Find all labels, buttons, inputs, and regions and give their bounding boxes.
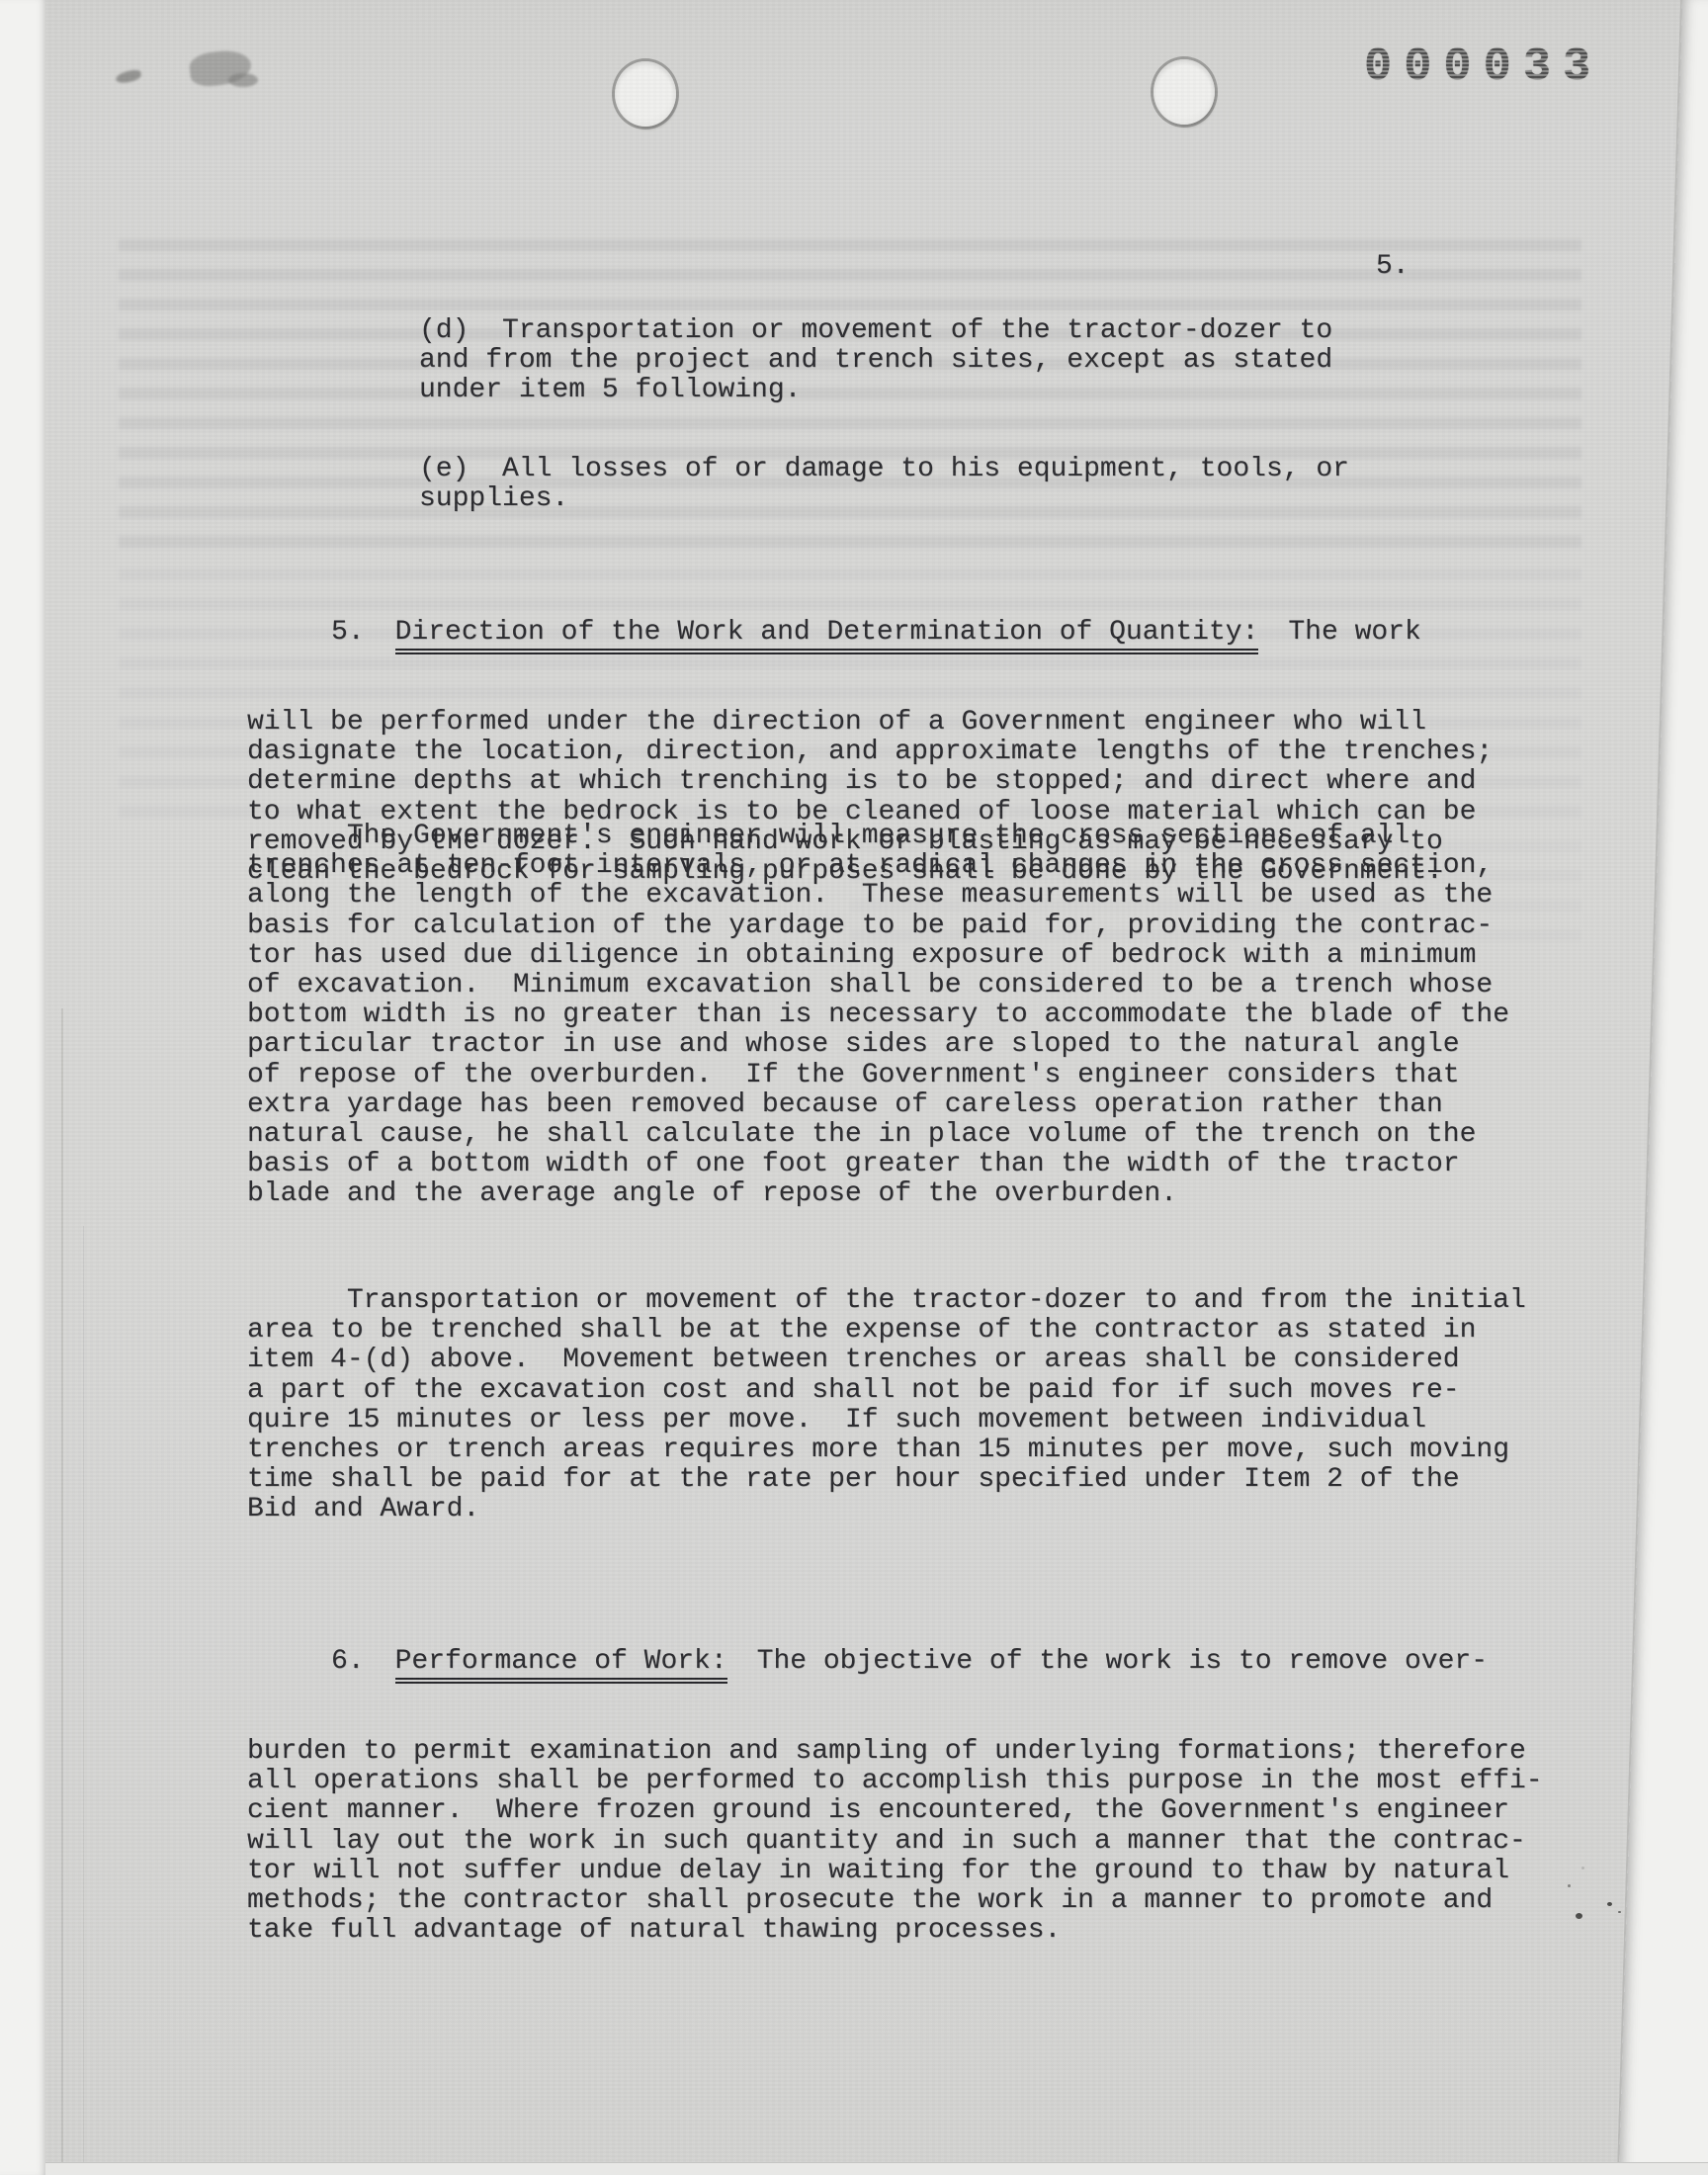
item-e-text: (e) All losses of or damage to his equip… (419, 455, 1349, 514)
scan-left-margin (0, 0, 47, 2175)
ink-smudge (228, 73, 258, 87)
paper-crease (83, 1226, 84, 2175)
scan-bottom-edge (45, 2162, 1708, 2175)
section-5-title: Direction of the Work and Determination … (395, 617, 1259, 654)
punch-hole-right (1153, 59, 1215, 125)
page-number: 5. (1376, 252, 1409, 282)
section-5-title-tail: The work (1288, 617, 1420, 648)
section-6-heading-line: 6.Performance of Work:The objective of t… (247, 1647, 1543, 1677)
item-d-text: (d) Transportation or movement of the tr… (419, 316, 1332, 406)
ink-smudge (115, 68, 142, 84)
section-6-title-tail: The objective of the work is to remove o… (757, 1646, 1488, 1677)
paper-crease (61, 1008, 63, 2175)
transportation-paragraph: Transportation or movement of the tracto… (247, 1286, 1526, 1525)
ink-speck (1607, 1902, 1612, 1906)
section-5-heading-line: 5.Direction of the Work and Determinatio… (247, 618, 1493, 648)
measurement-paragraph: The Government's engineer will measure t… (247, 822, 1509, 1210)
section-6-number: 6. (331, 1646, 365, 1677)
section-6-body: burden to permit examination and samplin… (247, 1737, 1543, 1946)
section-5-number: 5. (331, 617, 365, 648)
punch-hole-left (615, 61, 676, 127)
ink-speck (1568, 1884, 1571, 1887)
serial-stamp: 000033 (1364, 42, 1602, 94)
section-6-paragraph: 6.Performance of Work:The objective of t… (247, 1588, 1543, 2006)
document-page: 000033 5. (d) Transportation or movement… (45, 0, 1708, 2175)
section-6-title: Performance of Work: (395, 1646, 727, 1684)
ink-speck (1576, 1913, 1582, 1919)
